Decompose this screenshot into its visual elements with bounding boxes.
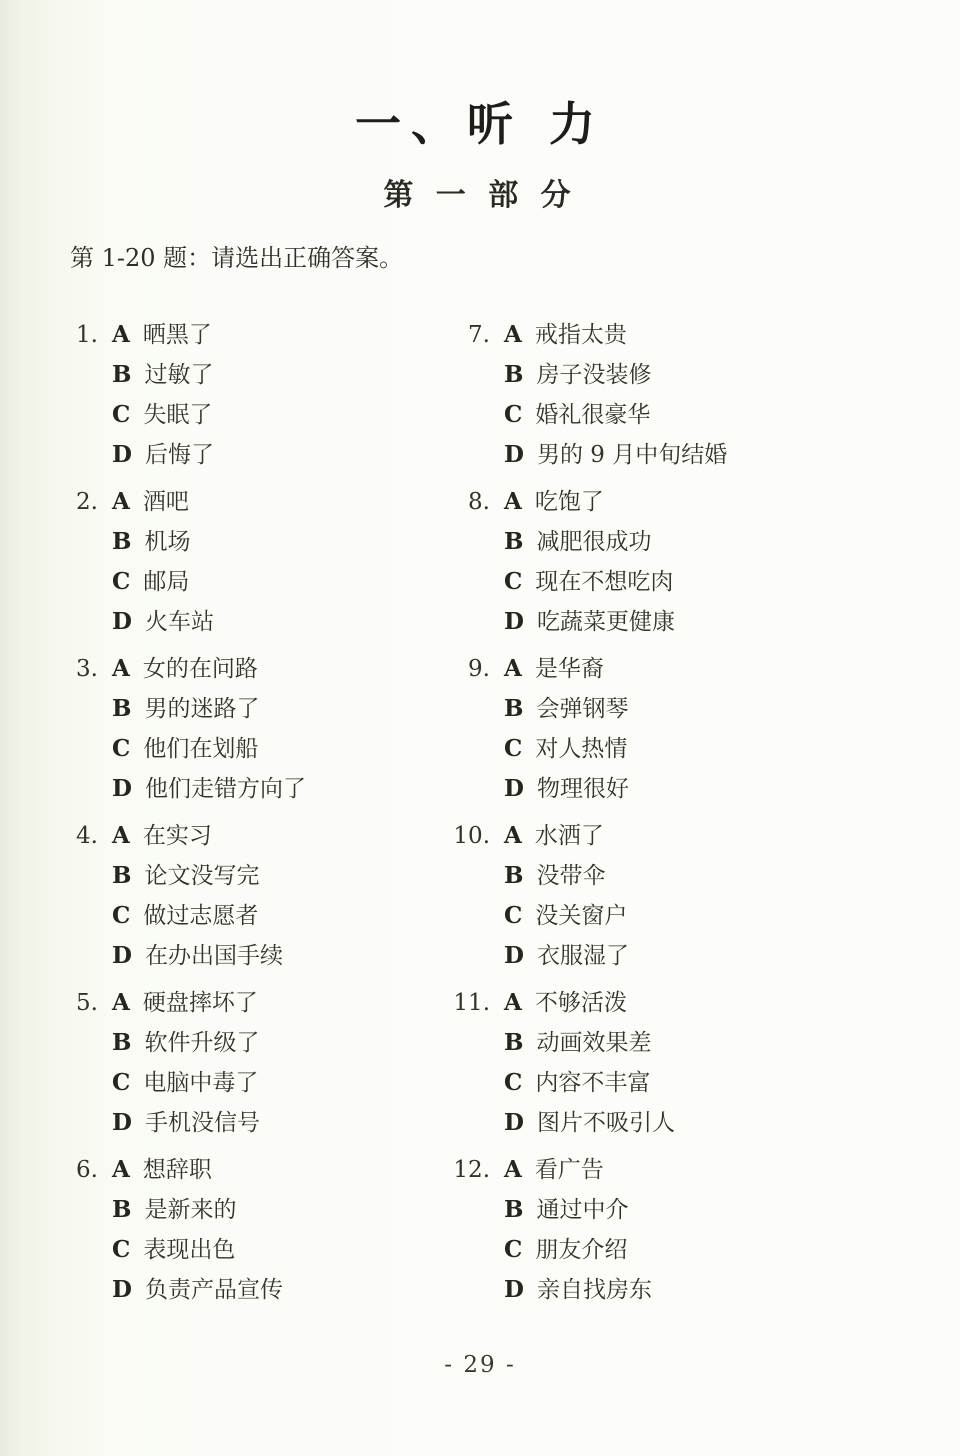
option-letter: B: [112, 695, 131, 722]
option-letter: D: [504, 1109, 524, 1136]
option-text: 是华裔: [535, 656, 604, 682]
option-text: 通过中介: [536, 1197, 628, 1223]
option-text: 会弹钢琴: [536, 696, 628, 722]
question-number: 7.: [450, 315, 490, 475]
option-text: 表现出色: [143, 1237, 235, 1263]
option-letter: D: [112, 942, 132, 969]
option-text: 内容不丰富: [535, 1070, 650, 1096]
option-text: 火车站: [145, 609, 214, 635]
option-letter: B: [504, 695, 523, 722]
answer-option: D衣服湿了: [504, 936, 629, 976]
answer-option: C没关窗户: [504, 896, 629, 936]
option-text: 在实习: [143, 823, 212, 849]
question-6: 6. A想辞职 B是新来的 C表现出色 D负责产品宣传: [58, 1150, 450, 1310]
question-number: 5.: [58, 983, 98, 1143]
answer-option: A看广告: [504, 1150, 652, 1190]
option-text: 男的迷路了: [144, 696, 259, 722]
option-text: 房子没装修: [536, 362, 651, 388]
option-text: 晒黑了: [143, 322, 212, 348]
option-letter: D: [112, 775, 132, 802]
answer-option: A硬盘摔坏了: [112, 983, 260, 1023]
option-text: 过敏了: [144, 362, 213, 388]
answer-option: D图片不吸引人: [504, 1103, 675, 1143]
option-letter: D: [504, 1276, 524, 1303]
option-list: A水洒了 B没带伞 C没关窗户 D衣服湿了: [504, 816, 629, 976]
option-letter: A: [112, 488, 130, 515]
answer-option: D亲自找房东: [504, 1270, 652, 1310]
option-text: 手机没信号: [145, 1110, 260, 1136]
answer-option: A水洒了: [504, 816, 629, 856]
question-10: 10. A水洒了 B没带伞 C没关窗户 D衣服湿了: [450, 816, 960, 976]
question-11: 11. A不够活泼 B动画效果差 C内容不丰富 D图片不吸引人: [450, 983, 960, 1143]
option-text: 对人热情: [535, 736, 627, 762]
question-number: 10.: [450, 816, 490, 976]
option-letter: D: [504, 441, 524, 468]
option-letter: B: [504, 361, 523, 388]
option-text: 没关窗户: [535, 903, 627, 929]
option-text: 负责产品宣传: [145, 1277, 283, 1303]
option-letter: B: [504, 528, 523, 555]
option-text: 邮局: [143, 569, 189, 595]
answer-option: D手机没信号: [112, 1103, 260, 1143]
answer-option: B没带伞: [504, 856, 629, 896]
option-letter: C: [112, 735, 130, 762]
answer-option: B男的迷路了: [112, 689, 306, 729]
option-letter: D: [112, 1109, 132, 1136]
option-letter: B: [504, 862, 523, 889]
option-letter: A: [504, 488, 522, 515]
option-text: 亲自找房东: [537, 1277, 652, 1303]
section-subtitle: 第 一 部 分: [0, 170, 960, 214]
answer-option: B减肥很成功: [504, 522, 675, 562]
option-letter: B: [504, 1029, 523, 1056]
answer-option: B论文没写完: [112, 856, 283, 896]
option-text: 动画效果差: [536, 1030, 651, 1056]
option-list: A在实习 B论文没写完 C做过志愿者 D在办出国手续: [112, 816, 283, 976]
answer-option: A是华裔: [504, 649, 629, 689]
answer-option: C朋友介绍: [504, 1230, 652, 1270]
answer-option: C表现出色: [112, 1230, 283, 1270]
option-text: 衣服湿了: [537, 943, 629, 969]
option-letter: C: [504, 902, 522, 929]
answer-option: D吃蔬菜更健康: [504, 602, 675, 642]
option-list: A酒吧 B机场 C邮局 D火车站: [112, 482, 214, 642]
option-letter: C: [504, 568, 522, 595]
question-number: 8.: [450, 482, 490, 642]
answer-option: D火车站: [112, 602, 214, 642]
answer-option: C做过志愿者: [112, 896, 283, 936]
option-letter: A: [504, 1156, 522, 1183]
answer-option: A酒吧: [112, 482, 214, 522]
option-text: 后悔了: [145, 442, 214, 468]
option-letter: C: [112, 401, 130, 428]
option-list: A戒指太贵 B房子没装修 C婚礼很豪华 D男的 9 月中旬结婚: [504, 315, 727, 475]
answer-option: D在办出国手续: [112, 936, 283, 976]
scanned-test-page: 一、听 力 第 一 部 分 第 1-20 题：请选出正确答案。 1. A晒黑了 …: [0, 0, 960, 1456]
option-text: 他们走错方向了: [145, 776, 306, 802]
questions-area: 1. A晒黑了 B过敏了 C失眠了 D后悔了 2. A酒吧 B机场 C邮局 D火…: [0, 315, 960, 1317]
option-text: 电脑中毒了: [143, 1070, 258, 1096]
question-1: 1. A晒黑了 B过敏了 C失眠了 D后悔了: [58, 315, 450, 475]
question-number: 1.: [58, 315, 98, 475]
answer-option: A在实习: [112, 816, 283, 856]
option-letter: D: [504, 608, 524, 635]
option-list: A晒黑了 B过敏了 C失眠了 D后悔了: [112, 315, 214, 475]
option-text: 水洒了: [535, 823, 604, 849]
answer-option: D物理很好: [504, 769, 629, 809]
option-letter: C: [504, 401, 522, 428]
answer-option: C现在不想吃肉: [504, 562, 675, 602]
question-8: 8. A吃饱了 B减肥很成功 C现在不想吃肉 D吃蔬菜更健康: [450, 482, 960, 642]
option-text: 硬盘摔坏了: [143, 990, 258, 1016]
option-text: 在办出国手续: [145, 943, 283, 969]
questions-column-right: 7. A戒指太贵 B房子没装修 C婚礼很豪华 D男的 9 月中旬结婚 8. A吃…: [450, 315, 960, 1317]
option-list: A女的在问路 B男的迷路了 C他们在划船 D他们走错方向了: [112, 649, 306, 809]
option-letter: B: [112, 361, 131, 388]
answer-option: C内容不丰富: [504, 1063, 675, 1103]
answer-option: C婚礼很豪华: [504, 395, 727, 435]
question-2: 2. A酒吧 B机场 C邮局 D火车站: [58, 482, 450, 642]
question-9: 9. A是华裔 B会弹钢琴 C对人热情 D物理很好: [450, 649, 960, 809]
option-letter: D: [504, 775, 524, 802]
question-number: 11.: [450, 983, 490, 1143]
option-letter: B: [112, 1196, 131, 1223]
option-letter: B: [112, 528, 131, 555]
page-title: 一、听 力: [0, 0, 960, 154]
option-letter: D: [504, 942, 524, 969]
option-text: 想辞职: [143, 1157, 212, 1183]
option-letter: C: [112, 1069, 130, 1096]
page-number: - 29 -: [0, 1352, 960, 1378]
option-text: 软件升级了: [144, 1030, 259, 1056]
answer-option: A想辞职: [112, 1150, 283, 1190]
answer-option: B通过中介: [504, 1190, 652, 1230]
option-letter: B: [504, 1196, 523, 1223]
questions-column-left: 1. A晒黑了 B过敏了 C失眠了 D后悔了 2. A酒吧 B机场 C邮局 D火…: [58, 315, 450, 1317]
option-text: 男的 9 月中旬结婚: [537, 442, 727, 468]
answer-option: C失眠了: [112, 395, 214, 435]
answer-option: B软件升级了: [112, 1023, 260, 1063]
question-number: 3.: [58, 649, 98, 809]
answer-option: B是新来的: [112, 1190, 283, 1230]
answer-option: D男的 9 月中旬结婚: [504, 435, 727, 475]
answer-option: D负责产品宣传: [112, 1270, 283, 1310]
option-text: 失眠了: [143, 402, 212, 428]
answer-option: B房子没装修: [504, 355, 727, 395]
option-text: 物理很好: [537, 776, 629, 802]
answer-option: B过敏了: [112, 355, 214, 395]
option-letter: C: [112, 1236, 130, 1263]
option-text: 做过志愿者: [143, 903, 258, 929]
answer-option: C电脑中毒了: [112, 1063, 260, 1103]
option-text: 看广告: [535, 1157, 604, 1183]
option-letter: C: [112, 902, 130, 929]
answer-option: C对人热情: [504, 729, 629, 769]
option-letter: A: [112, 989, 130, 1016]
question-number: 4.: [58, 816, 98, 976]
option-text: 图片不吸引人: [537, 1110, 675, 1136]
answer-option: A戒指太贵: [504, 315, 727, 355]
question-5: 5. A硬盘摔坏了 B软件升级了 C电脑中毒了 D手机没信号: [58, 983, 450, 1143]
option-letter: A: [504, 321, 522, 348]
option-text: 女的在问路: [143, 656, 258, 682]
option-list: A吃饱了 B减肥很成功 C现在不想吃肉 D吃蔬菜更健康: [504, 482, 675, 642]
option-text: 不够活泼: [535, 990, 627, 1016]
question-7: 7. A戒指太贵 B房子没装修 C婚礼很豪华 D男的 9 月中旬结婚: [450, 315, 960, 475]
option-letter: A: [112, 1156, 130, 1183]
option-list: A看广告 B通过中介 C朋友介绍 D亲自找房东: [504, 1150, 652, 1310]
option-text: 他们在划船: [143, 736, 258, 762]
question-4: 4. A在实习 B论文没写完 C做过志愿者 D在办出国手续: [58, 816, 450, 976]
option-letter: C: [112, 568, 130, 595]
option-letter: A: [504, 822, 522, 849]
answer-option: C他们在划船: [112, 729, 306, 769]
option-letter: A: [112, 822, 130, 849]
question-12: 12. A看广告 B通过中介 C朋友介绍 D亲自找房东: [450, 1150, 960, 1310]
answer-option: A吃饱了: [504, 482, 675, 522]
option-text: 现在不想吃肉: [535, 569, 673, 595]
option-letter: A: [112, 321, 130, 348]
option-text: 减肥很成功: [536, 529, 651, 555]
answer-option: B机场: [112, 522, 214, 562]
option-letter: C: [504, 735, 522, 762]
option-text: 酒吧: [143, 489, 189, 515]
answer-option: B会弹钢琴: [504, 689, 629, 729]
option-text: 论文没写完: [144, 863, 259, 889]
question-number: 6.: [58, 1150, 98, 1310]
answer-option: B动画效果差: [504, 1023, 675, 1063]
question-number: 12.: [450, 1150, 490, 1310]
option-text: 是新来的: [144, 1197, 236, 1223]
answer-option: D他们走错方向了: [112, 769, 306, 809]
option-text: 婚礼很豪华: [535, 402, 650, 428]
option-text: 机场: [144, 529, 190, 555]
answer-option: D后悔了: [112, 435, 214, 475]
option-list: A不够活泼 B动画效果差 C内容不丰富 D图片不吸引人: [504, 983, 675, 1143]
option-letter: D: [112, 1276, 132, 1303]
option-letter: C: [504, 1069, 522, 1096]
instruction-text: 第 1-20 题：请选出正确答案。: [70, 238, 960, 273]
option-letter: D: [112, 608, 132, 635]
answer-option: C邮局: [112, 562, 214, 602]
question-3: 3. A女的在问路 B男的迷路了 C他们在划船 D他们走错方向了: [58, 649, 450, 809]
option-list: A硬盘摔坏了 B软件升级了 C电脑中毒了 D手机没信号: [112, 983, 260, 1143]
answer-option: A不够活泼: [504, 983, 675, 1023]
option-text: 吃蔬菜更健康: [537, 609, 675, 635]
option-text: 没带伞: [536, 863, 605, 889]
answer-option: A女的在问路: [112, 649, 306, 689]
option-text: 戒指太贵: [535, 322, 627, 348]
question-number: 2.: [58, 482, 98, 642]
option-letter: C: [504, 1236, 522, 1263]
option-letter: A: [504, 655, 522, 682]
option-letter: A: [504, 989, 522, 1016]
option-text: 朋友介绍: [535, 1237, 627, 1263]
option-letter: D: [112, 441, 132, 468]
question-number: 9.: [450, 649, 490, 809]
option-letter: B: [112, 1029, 131, 1056]
option-list: A想辞职 B是新来的 C表现出色 D负责产品宣传: [112, 1150, 283, 1310]
answer-option: A晒黑了: [112, 315, 214, 355]
option-letter: B: [112, 862, 131, 889]
option-text: 吃饱了: [535, 489, 604, 515]
option-list: A是华裔 B会弹钢琴 C对人热情 D物理很好: [504, 649, 629, 809]
option-letter: A: [112, 655, 130, 682]
